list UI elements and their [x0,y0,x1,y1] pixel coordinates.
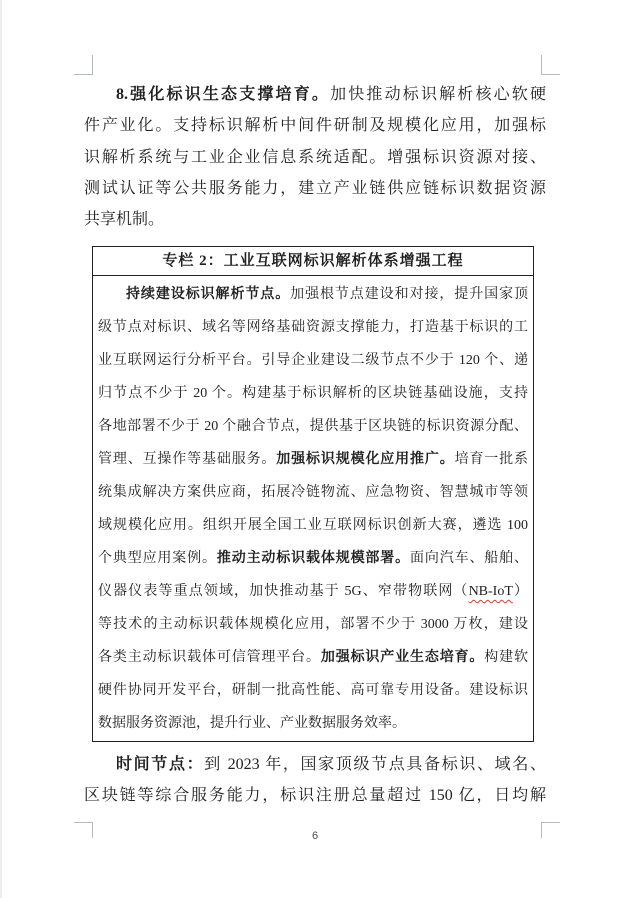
text-run: 硬件协同开发平台，研制一批高性能、高可靠专用设备。建设标识 [98,683,528,698]
text-run: 数据服务资源池，提升行业、产业数据服务效率。 [98,716,406,731]
text-run: 识解析系统与工业企业信息系统适配。增强标识资源对接、 [84,149,546,166]
margin-crop-mark-top-left [74,55,93,75]
text-line: 区块链等综合服务能力，标识注册总量超过 150 亿，日均解 [84,780,546,811]
bold-text-run: 加强标识产业生态培育。 [321,650,484,665]
text-run: 区块链等综合服务能力，标识注册总量超过 150 亿，日均解 [84,787,546,804]
callout-box-title: 专栏 2：工业互联网标识解析体系增强工程 [93,247,533,276]
text-run: 级节点对标识、域名等网络基础资源支撑能力，打造基于标识的工 [98,320,528,335]
text-line: 个典型应用案例。推动主动标识载体规模部署。面向汽车、船舶、 [98,542,528,575]
bold-text-run: 8.强化标识生态支撑培育。 [116,86,330,103]
text-run: 测试认证等公共服务能力，建立产业链供应链标识数据资源 [84,180,546,197]
text-run: 各类主动标识载体可信管理平台。 [98,650,321,665]
text-line: 件产业化。支持标识解析中间件研制及规模化应用，加强标 [84,110,546,141]
text-line: 持续建设标识解析节点。加强根节点建设和对接，提升国家顶 [98,278,528,311]
page-edge-line [0,0,2,898]
text-run: 统集成解决方案供应商，拓展冷链物流、应急物资、智慧城市等领 [98,485,528,500]
page-number: 6 [84,830,546,842]
text-line: 8.强化标识生态支撑培育。加快推动标识解析核心软硬 [84,79,546,110]
text-run: 个典型应用案例。 [98,551,217,566]
document-page: 8.强化标识生态支撑培育。加快推动标识解析核心软硬件产业化。支持标识解析中间件研… [0,0,636,898]
text-run: 管理、互操作等基础服务。 [98,452,276,467]
paragraph-time-node: 时间节点：到 2023 年，国家顶级节点具备标识、域名、区块链等综合服务能力，标… [84,749,546,812]
text-run: 构建软 [484,650,528,665]
bold-text-run: 推动主动标识载体规模部署。 [217,551,410,566]
text-line: 共享机制。 [84,204,546,235]
text-run: 域规模化应用。组织开展全国工业互联网标识创新大赛，遴选 100 [98,518,528,533]
callout-box-column-2: 专栏 2：工业互联网标识解析体系增强工程 持续建设标识解析节点。加强根节点建设和… [92,246,534,742]
text-run: 加快推动标识解析核心软硬 [330,86,546,103]
text-run: 业互联网运行分析平台。引导企业建设二级节点不少于 120 个、递 [98,353,528,368]
text-run: 培育一批系 [455,452,528,467]
bold-text-run: 持续建设标识解析节点。 [126,287,290,302]
text-line: 硬件协同开发平台，研制一批高性能、高可靠专用设备。建设标识 [98,674,528,707]
callout-box-body: 持续建设标识解析节点。加强根节点建设和对接，提升国家顶级节点对标识、域名等网络基… [93,276,533,741]
text-line: 识解析系统与工业企业信息系统适配。增强标识资源对接、 [84,142,546,173]
text-line: 测试认证等公共服务能力，建立产业链供应链标识数据资源 [84,173,546,204]
text-run: 加强根节点建设和对接，提升国家顶 [290,287,528,302]
margin-crop-mark-top-right [541,55,560,75]
text-line: 各类主动标识载体可信管理平台。加强标识产业生态培育。构建软 [98,641,528,674]
text-run: ） [513,584,528,599]
text-run: 件产业化。支持标识解析中间件研制及规模化应用，加强标 [84,117,546,134]
text-line: 数据服务资源池，提升行业、产业数据服务效率。 [98,707,528,740]
text-line: 归节点不少于 20 个。构建基于标识解析的区块链基础设施，支持 [98,377,528,410]
paragraph-8-identifier-ecosystem: 8.强化标识生态支撑培育。加快推动标识解析核心软硬件产业化。支持标识解析中间件研… [84,79,546,235]
bold-text-run: 加强标识规模化应用推广。 [276,452,454,467]
text-run: 等技术的主动标识载体规模化应用，部署不少于 3000 万枚，建设 [98,617,528,632]
text-line: 各地部署不少于 20 个融合节点，提供基于区块链的标识资源分配、 [98,410,528,443]
text-run: 各地部署不少于 20 个融合节点，提供基于区块链的标识资源分配、 [98,419,528,434]
text-line: 仪器仪表等重点领域，加快推动基于 5G、窄带物联网（NB-IoT） [98,575,528,608]
text-run: 仪器仪表等重点领域，加快推动基于 5G、窄带物联网（ [98,584,469,599]
text-line: 统集成解决方案供应商，拓展冷链物流、应急物资、智慧城市等领 [98,476,528,509]
text-run: 共享机制。 [84,211,164,228]
text-line: 等技术的主动标识载体规模化应用，部署不少于 3000 万枚，建设 [98,608,528,641]
text-line: 级节点对标识、域名等网络基础资源支撑能力，打造基于标识的工 [98,311,528,344]
bold-text-run: 时间节点： [116,756,204,773]
text-run: 面向汽车、船舶、 [410,551,528,566]
text-run: 到 2023 年，国家顶级节点具备标识、域名、 [204,756,546,773]
text-line: 时间节点：到 2023 年，国家顶级节点具备标识、域名、 [84,749,546,780]
text-line: 管理、互操作等基础服务。加强标识规模化应用推广。培育一批系 [98,443,528,476]
text-run: 归节点不少于 20 个。构建基于标识解析的区块链基础设施，支持 [98,386,528,401]
text-line: 业互联网运行分析平台。引导企业建设二级节点不少于 120 个、递 [98,344,528,377]
text-line: 域规模化应用。组织开展全国工业互联网标识创新大赛，遴选 100 [98,509,528,542]
spellcheck-underlined-text: NB-IoT [469,584,513,599]
